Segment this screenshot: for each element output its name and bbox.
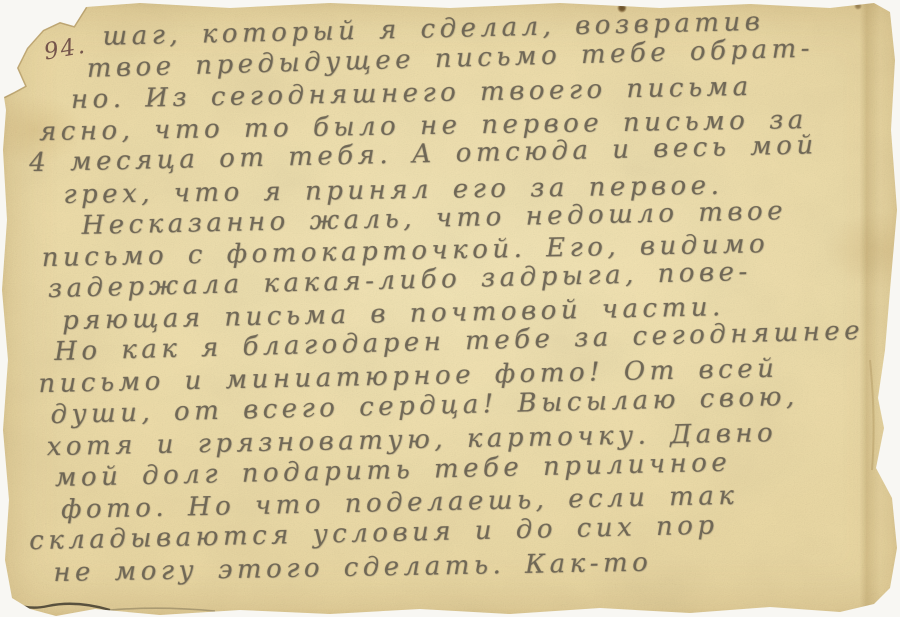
paper-sheet: 94. шаг, который я сделал, возвратив тво… [0,0,900,617]
scanned-letter-page: 94. шаг, который я сделал, возвратив тво… [0,0,900,617]
handwritten-text-block: шаг, который я сделал, возвратив твое пр… [0,18,893,590]
